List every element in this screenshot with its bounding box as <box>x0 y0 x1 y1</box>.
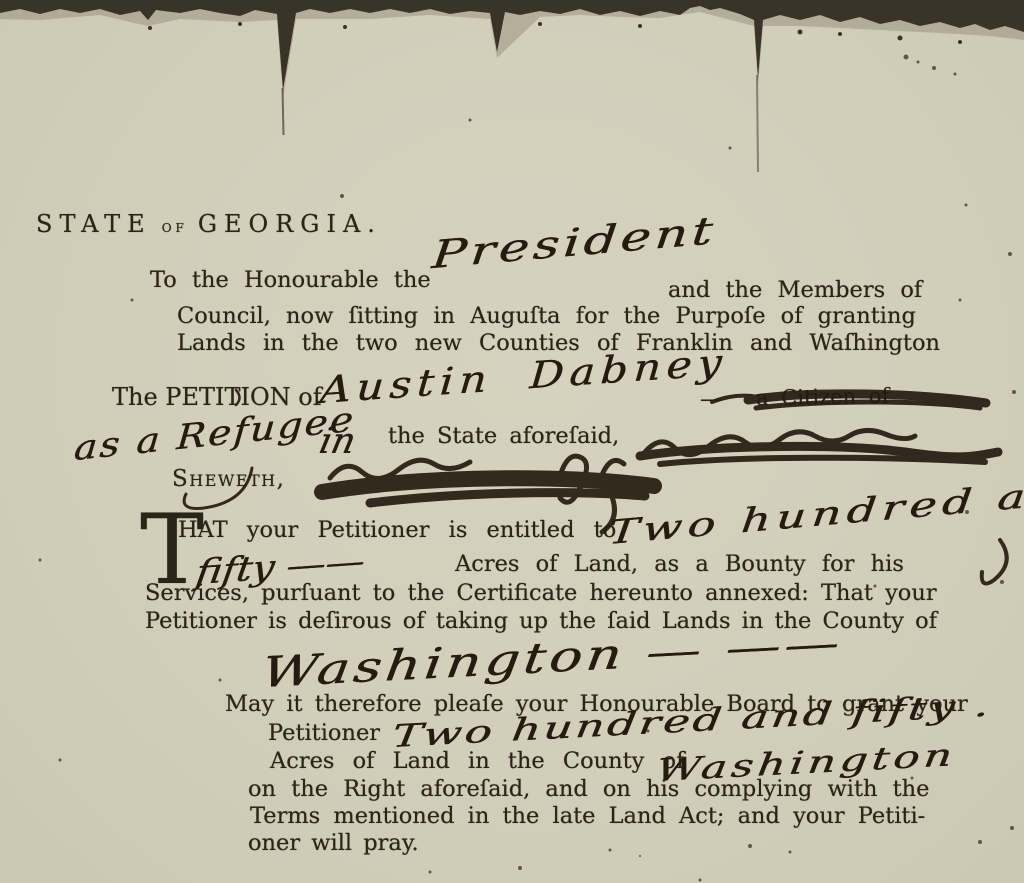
salutation-line1-after: and the Members of <box>668 278 922 303</box>
entitlement-line1: HAT your Petitioner is entitled to <box>178 518 616 543</box>
salutation-line2: Council, now ſitting in Auguſta for the … <box>177 304 916 329</box>
handwritten-as-a-refugee: as a Refugee <box>73 402 357 466</box>
handwritten-amount-line1: Two hundred and <box>607 473 1024 549</box>
state-aforesaid-line: the State aforeſaid, <box>388 424 619 449</box>
entitlement-line2: Acres of Land, as a Bounty for his <box>455 552 904 577</box>
handwritten-in: in <box>316 424 358 460</box>
heading-state: STATE <box>36 210 152 238</box>
torn-paper-edge-icon <box>0 0 1024 200</box>
heading-of: of <box>162 217 188 237</box>
prayer-petitioner: Petitioner <box>268 721 380 746</box>
prayer-line3: Acres of Land in the County of <box>270 749 684 774</box>
handwritten-president: President <box>430 211 718 274</box>
petition-document: STATEofGEORGIA. To the Honourable the Pr… <box>0 0 1024 883</box>
salutation-line1-before: To the Honourable the <box>150 268 431 293</box>
prayer-line5: Terms mentioned in the late Land Act; an… <box>250 804 925 829</box>
heading-georgia: GEORGIA. <box>198 210 382 238</box>
struck-citizen-of: a Citizen of <box>756 385 890 410</box>
prayer-line4: on the Right aforeſaid, and on his compl… <box>248 777 929 802</box>
prayer-line6: oner will pray. <box>248 831 419 856</box>
sheweth-label: Sheweth, <box>172 467 285 492</box>
document-heading: STATEofGEORGIA. <box>36 211 382 237</box>
petition-dash: — <box>700 388 722 412</box>
entitlement-line3: Services, purſuant to the Certificate he… <box>145 581 937 606</box>
